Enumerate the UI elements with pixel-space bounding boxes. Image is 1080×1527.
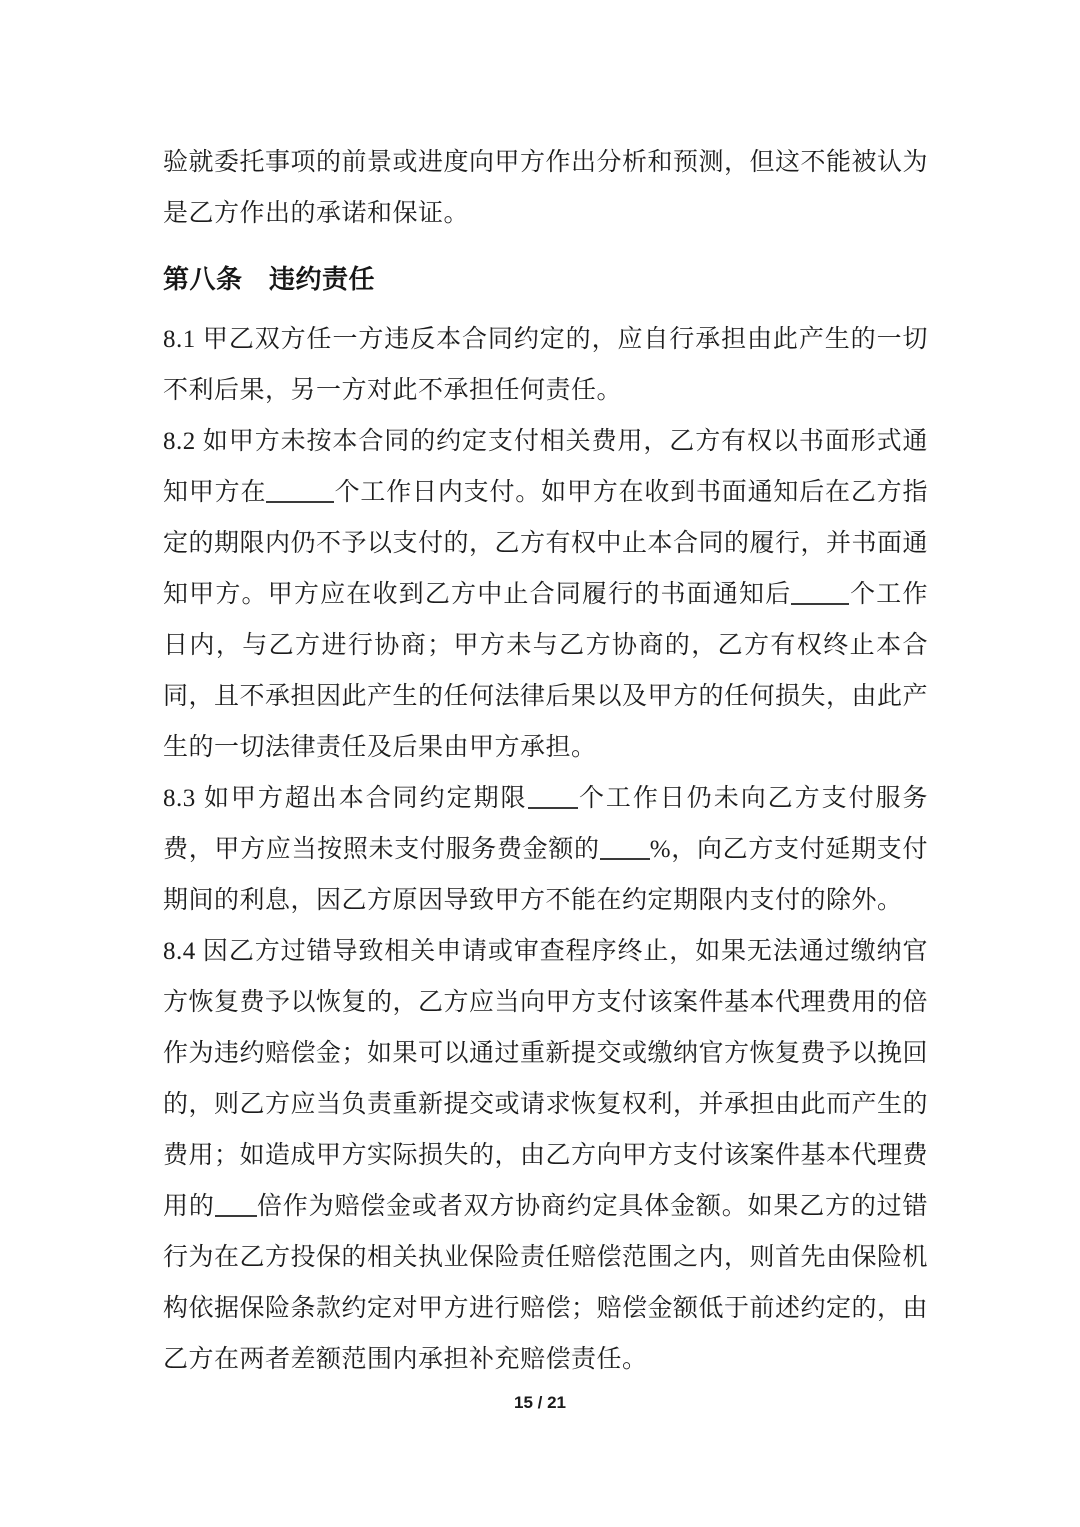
fill-in-blank [528, 781, 578, 809]
clause-8-4: 8.4 因乙方过错导致相关申请或审查程序终止，如果无法通过缴纳官方恢复费予以恢复… [163, 926, 928, 1385]
page-number: 15 / 21 [514, 1393, 566, 1412]
paragraph-continuation: 验就委托事项的前景或进度向甲方作出分析和预测，但这不能被认为是乙方作出的承诺和保… [163, 137, 928, 239]
clause-8-1: 8.1 甲乙双方任一方违反本合同约定的，应自行承担由此产生的一切不利后果，另一方… [163, 314, 928, 416]
fill-in-blank [266, 475, 334, 503]
fill-in-blank [791, 577, 849, 605]
clause-heading-article-8: 第八条 违约责任 [163, 254, 928, 305]
page-footer: 15 / 21 [0, 1392, 1080, 1414]
clause-8-2: 8.2 如甲方未按本合同的约定支付相关费用，乙方有权以书面形式通知甲方在个工作日… [163, 416, 928, 773]
contract-body: 验就委托事项的前景或进度向甲方作出分析和预测，但这不能被认为是乙方作出的承诺和保… [163, 137, 928, 1385]
clause-8-3: 8.3 如甲方超出本合同约定期限个工作日仍未向乙方支付服务费，甲方应当按照未支付… [163, 773, 928, 926]
fill-in-blank [600, 832, 650, 860]
document-page: 验就委托事项的前景或进度向甲方作出分析和预测，但这不能被认为是乙方作出的承诺和保… [0, 0, 1080, 1527]
fill-in-blank [215, 1189, 257, 1217]
